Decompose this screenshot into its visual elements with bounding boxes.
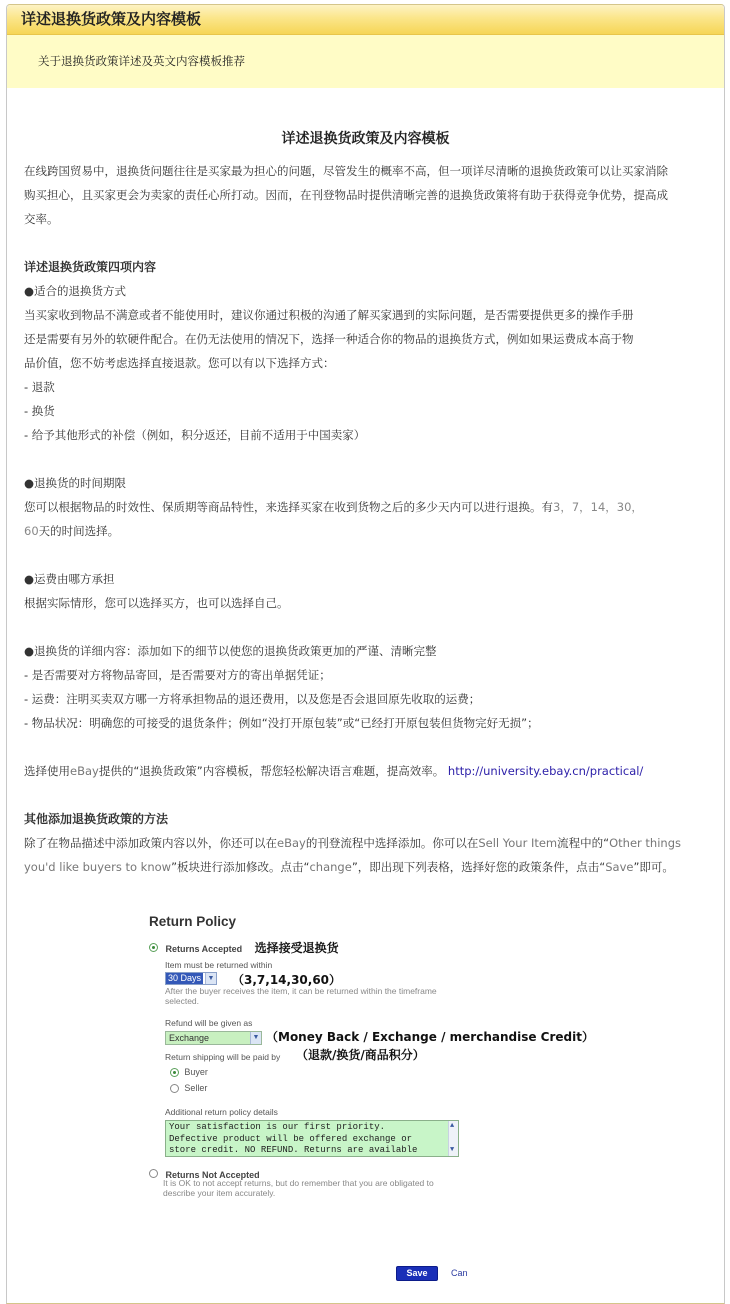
item-line: 当买家收到物品不满意或者不能使用时，建议你通过积极的沟通了解买家遇到的实际问题，…	[24, 303, 707, 327]
panel-subtitle: 关于退换货政策详述及英文内容模板推荐	[7, 35, 724, 88]
intro-paragraph: 在线跨国贸易中，退换货问题往往是买家最为担心的问题，尽管发生的概率不高，但一项详…	[24, 159, 707, 231]
shipping-buyer-option[interactable]: Buyer	[170, 1067, 208, 1077]
doc-title: 详述退换货政策及内容模板	[24, 129, 707, 149]
refund-type-select[interactable]: Exchange ▼	[165, 1031, 262, 1045]
item-title-time-limit: ●退换货的时间期限	[24, 471, 707, 495]
template-line: 选择使用eBay提供的“退换货政策”内容模板，帮您轻松解决语言难题，提高效率。 …	[24, 759, 707, 783]
item-title-details: ●退换货的详细内容：添加如下的细节以使您的退换货政策更加的严谨、清晰完整	[24, 639, 707, 663]
returns-not-accepted-radio[interactable]	[149, 1169, 158, 1178]
cancel-link[interactable]: Can	[451, 1268, 468, 1278]
day-options: 3，7，14，30，	[553, 500, 643, 514]
return-policy-title: Return Policy	[149, 914, 236, 929]
returns-accepted-row[interactable]: Returns Accepted 选择接受退换货	[149, 939, 339, 957]
shipping-label: Return shipping will be paid by	[165, 1052, 280, 1062]
article-body: 详述退换货政策及内容模板 在线跨国贸易中，退换货问题往往是买家最为担心的问题，尽…	[7, 129, 724, 879]
item-line: 60天的时间选择。	[24, 519, 707, 543]
method-line: you'd like buyers to know”板块进行添加修改。点击“ch…	[24, 855, 707, 879]
option-refund: - 退款	[24, 375, 707, 399]
returns-accepted-radio[interactable]	[149, 943, 158, 952]
item-line: 您可以根据物品的时效性、保质期等商品特性，来选择买家在收到货物之后的多少天内可以…	[24, 495, 707, 519]
not-accepted-help: It is OK to not accept returns, but do r…	[163, 1178, 434, 1198]
panel-title: 详述退换货政策及内容模板	[21, 10, 201, 28]
return-days-select[interactable]: 30 Days ▼	[165, 972, 217, 985]
panel-header: 详述退换货政策及内容模板	[7, 5, 724, 35]
refund-label: Refund will be given as	[165, 1018, 252, 1028]
details-textarea[interactable]: Your satisfaction is our first priority.…	[165, 1120, 459, 1157]
seller-radio[interactable]	[170, 1084, 179, 1093]
item-line: 还是需要有另外的软硬件配合。在仍无法使用的情况下，选择一种适合你的物品的退换货方…	[24, 327, 707, 351]
item-line: 品价值，您不妨考虑选择直接退款。您可以有以下选择方式：	[24, 351, 707, 375]
section-heading-other-methods: 其他添加退换货政策的方法	[24, 807, 707, 831]
chevron-down-icon: ▼	[205, 973, 216, 984]
item-line: - 运费：注明买卖双方哪一方将承担物品的退还费用，以及您是否会退回原先收取的运费…	[24, 687, 707, 711]
option-other: - 给予其他形式的补偿（例如，积分返还，目前不适用于中国卖家）	[24, 423, 707, 447]
scroll-up-icon[interactable]: ▲	[450, 1121, 454, 1133]
buyer-radio[interactable]	[170, 1068, 179, 1077]
refund-annotation-cn: （退款/换货/商品积分）	[296, 1046, 425, 1063]
intro-line: 在线跨国贸易中，退换货问题往往是买家最为担心的问题，尽管发生的概率不高，但一项详…	[24, 159, 707, 183]
item-line: - 物品状况：明确您的可接受的退货条件；例如“没打开原包装”或“已经打开原包装但…	[24, 711, 707, 735]
chevron-down-icon: ▼	[250, 1032, 261, 1044]
intro-line: 交率。	[24, 207, 707, 231]
within-help: After the buyer receives the item, it ca…	[165, 986, 437, 1006]
item-title-shipping: ●运费由哪方承担	[24, 567, 707, 591]
intro-line: 购买担心，且买家更会为卖家的责任心所打动。因而，在刊登物品时提供清晰完善的退换货…	[24, 183, 707, 207]
refund-annotation-en: （Money Back / Exchange / merchandise Cre…	[266, 1028, 594, 1045]
textarea-scrollbar[interactable]: ▲ ▼	[448, 1121, 458, 1156]
university-link[interactable]: http://university.ebay.cn/practical/	[448, 764, 643, 778]
scroll-down-icon[interactable]: ▼	[450, 1145, 454, 1157]
option-exchange: - 换货	[24, 399, 707, 423]
shipping-seller-option[interactable]: Seller	[170, 1083, 207, 1093]
return-policy-form: Return Policy Returns Accepted 选择接受退换货 I…	[148, 910, 588, 1210]
save-button[interactable]: Save	[396, 1266, 438, 1281]
subtitle-text: 关于退换货政策详述及英文内容模板推荐	[38, 54, 245, 68]
method-line: 除了在物品描述中添加政策内容以外，你还可以在eBay的刊登流程中选择添加。你可以…	[24, 831, 707, 855]
section-heading-four-items: 详述退换货政策四项内容	[24, 255, 707, 279]
item-line: - 是否需要对方将物品寄回，是否需要对方的寄出单据凭证；	[24, 663, 707, 687]
item-title-return-method: ●适合的退换货方式	[24, 279, 707, 303]
details-label: Additional return policy details	[165, 1107, 278, 1117]
accepted-annotation: 选择接受退换货	[255, 941, 339, 955]
item-line: 根据实际情形，您可以选择买方，也可以选择自己。	[24, 591, 707, 615]
within-label: Item must be returned within	[165, 960, 272, 970]
